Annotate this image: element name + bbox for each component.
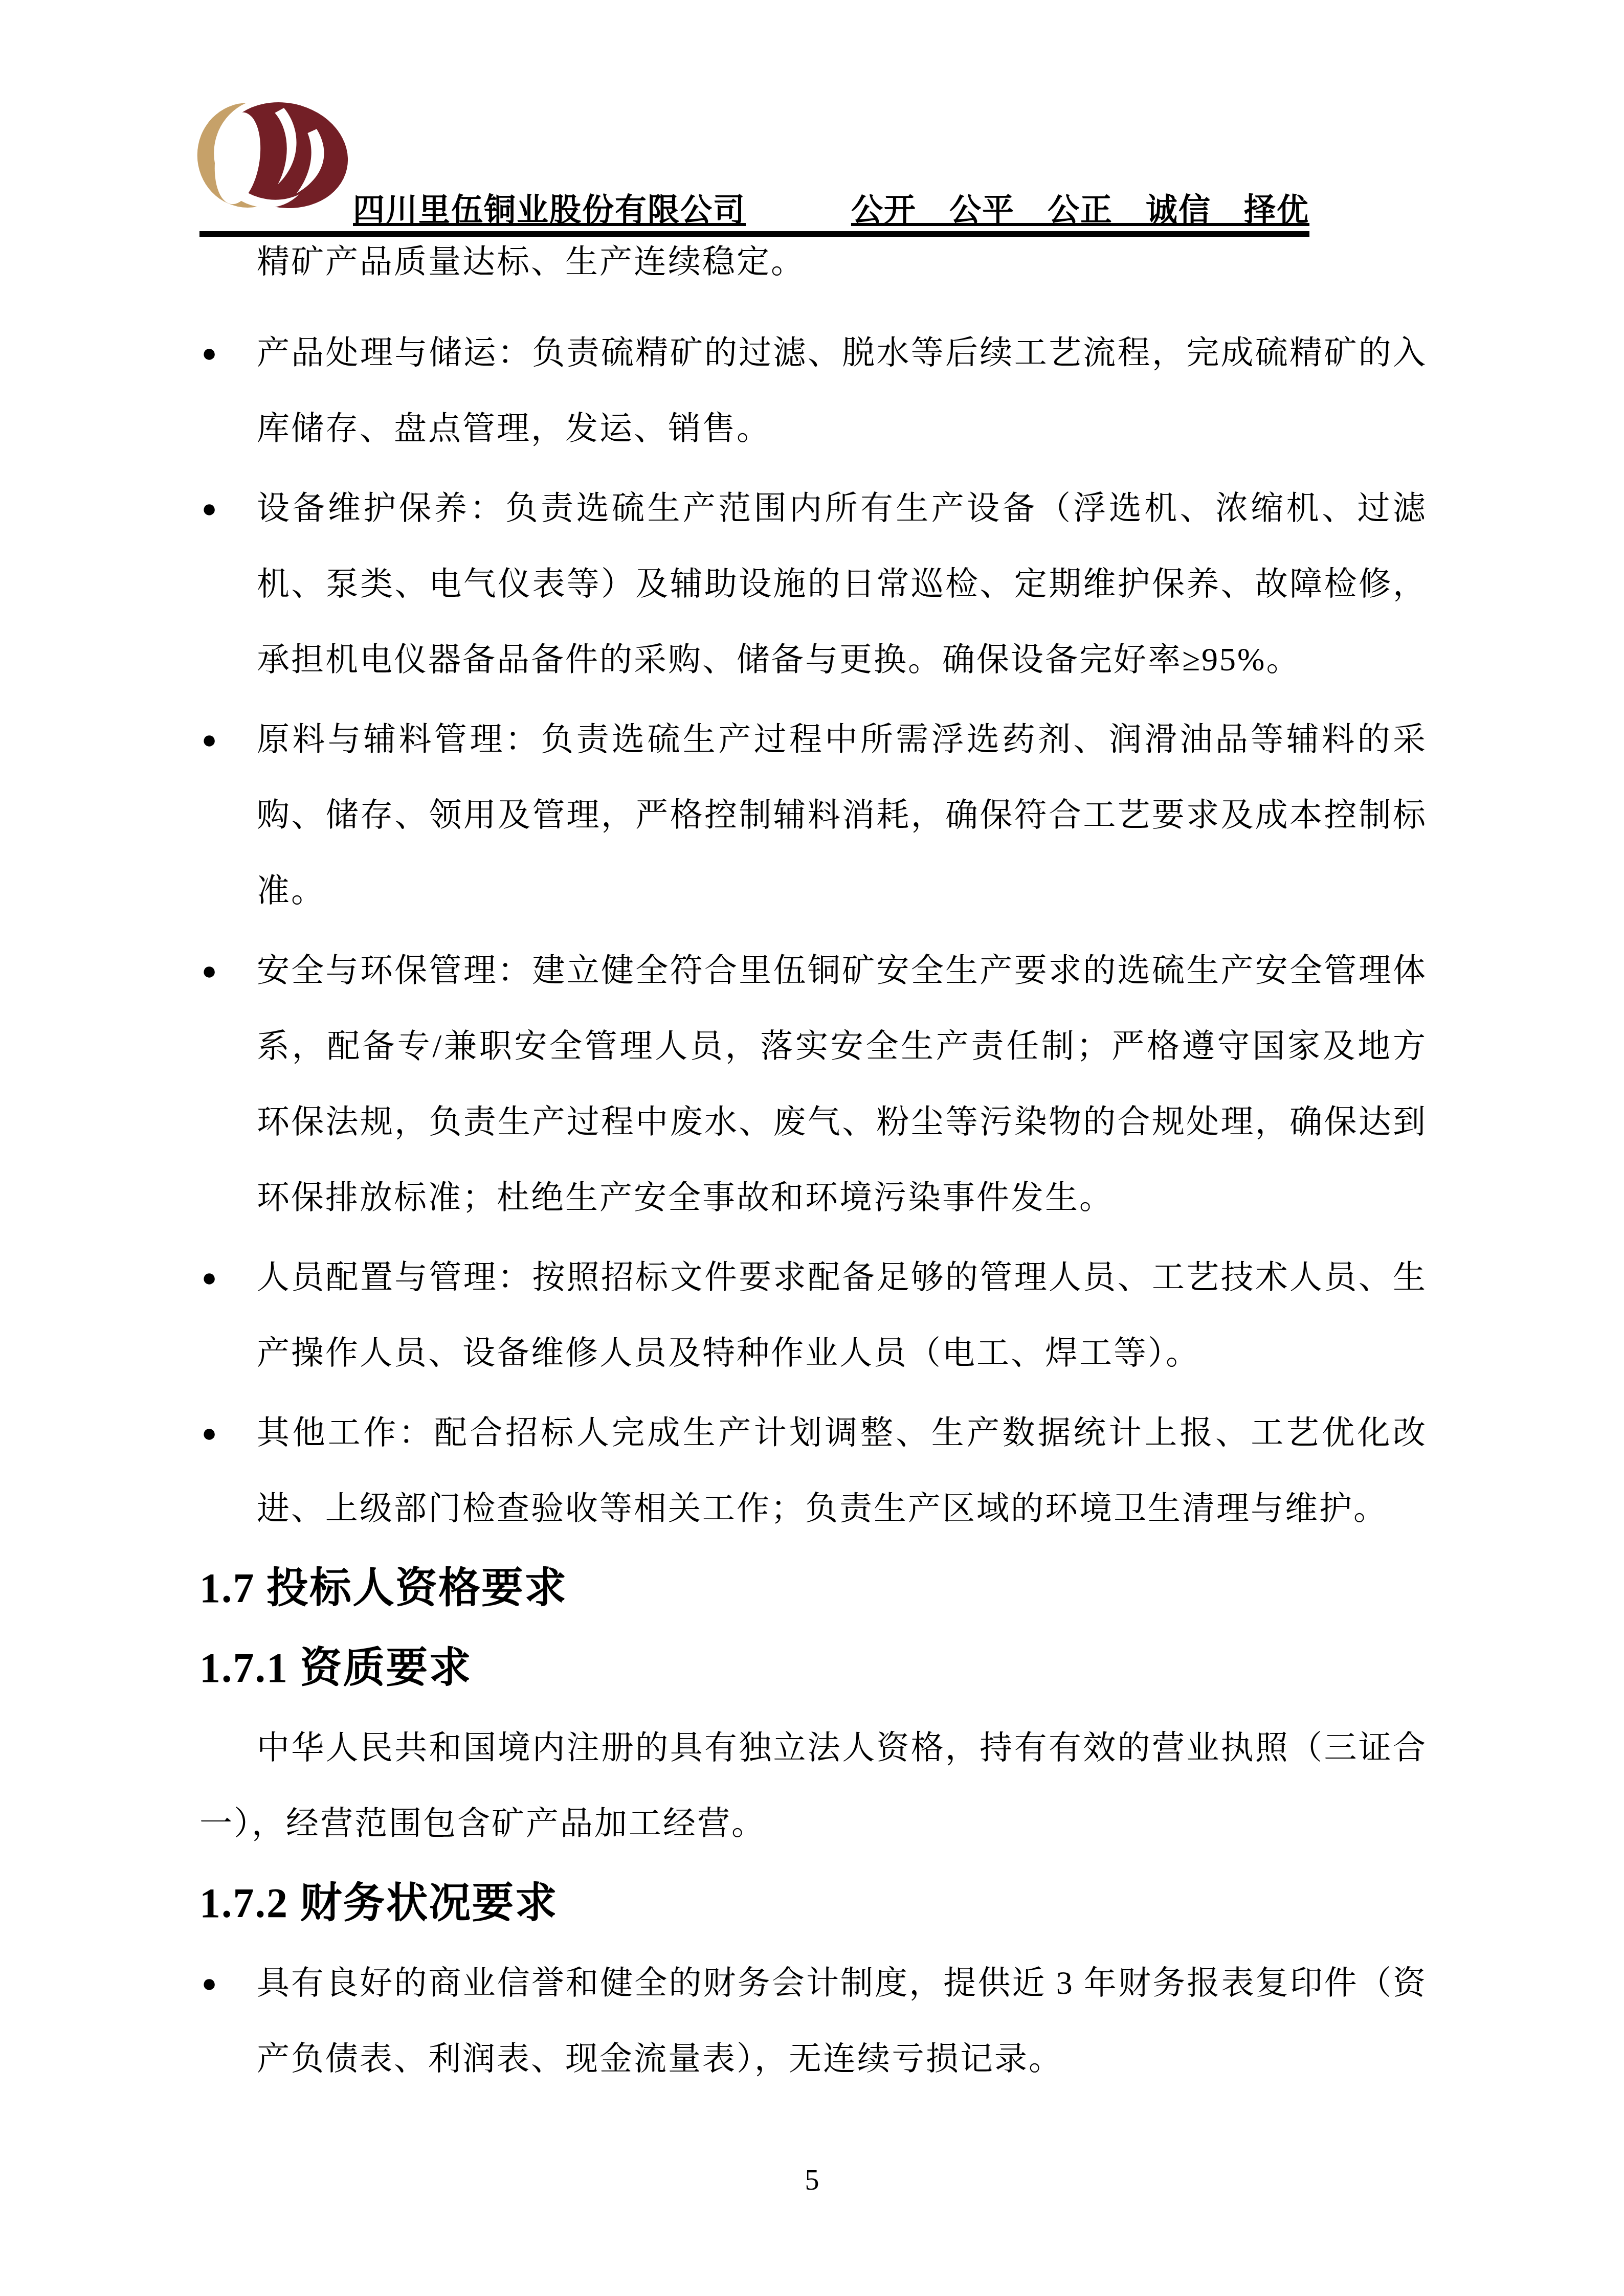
paragraph-qualification: 中华人民共和国境内注册的具有独立法人资格，持有有效的营业执照（三证合一），经营范… bbox=[199, 1710, 1427, 1861]
bullet-item: ● 设备维护保养：负责选硫生产范围内所有生产设备（浮选机、浓缩机、过滤机、泵类、… bbox=[199, 470, 1427, 697]
bullet-icon: ● bbox=[202, 1945, 217, 2021]
bullet-icon: ● bbox=[202, 702, 217, 777]
bullet-icon: ● bbox=[202, 470, 217, 546]
header-text-row: 四川里伍铜业股份有限公司 公开 公平 公正 诚信 择优 bbox=[353, 185, 1309, 230]
bullet-item: ● 其他工作：配合招标人完成生产计划调整、生产数据统计上报、工艺优化改进、上级部… bbox=[199, 1395, 1427, 1546]
bullet-icon: ● bbox=[202, 1240, 217, 1315]
bullet-icon: ● bbox=[202, 315, 217, 391]
bullet-text: 产品处理与储运：负责硫精矿的过滤、脱水等后续工艺流程，完成硫精矿的入库储存、盘点… bbox=[257, 315, 1427, 466]
bullet-text: 具有良好的商业信誉和健全的财务会计制度，提供近 3 年财务报表复印件（资产负债表… bbox=[257, 1945, 1427, 2097]
bullet-icon: ● bbox=[202, 933, 217, 1008]
bullet-item: ● 原料与辅料管理：负责选硫生产过程中所需浮选药剂、润滑油品等辅料的采购、储存、… bbox=[199, 702, 1427, 929]
bullet-text: 其他工作：配合招标人完成生产计划调整、生产数据统计上报、工艺优化改进、上级部门检… bbox=[257, 1395, 1427, 1546]
bullet-item: ● 产品处理与储运：负责硫精矿的过滤、脱水等后续工艺流程，完成硫精矿的入库储存、… bbox=[199, 315, 1427, 466]
heading-1-7-1: 1.7.1 资质要求 bbox=[199, 1630, 1427, 1706]
bullet-item: ● 安全与环保管理：建立健全符合里伍铜矿安全生产要求的选硫生产安全管理体系，配备… bbox=[199, 933, 1427, 1235]
company-name: 四川里伍铜业股份有限公司 bbox=[353, 185, 746, 230]
document-page: 四川里伍铜业股份有限公司 公开 公平 公正 诚信 择优 精矿产品质量达标、生产连… bbox=[0, 0, 1624, 2296]
bullet-text: 设备维护保养：负责选硫生产范围内所有生产设备（浮选机、浓缩机、过滤机、泵类、电气… bbox=[257, 470, 1427, 697]
bullet-text: 安全与环保管理：建立健全符合里伍铜矿安全生产要求的选硫生产安全管理体系，配备专/… bbox=[257, 933, 1427, 1235]
bullet-item: ● 人员配置与管理：按照招标文件要求配备足够的管理人员、工艺技术人员、生产操作人… bbox=[199, 1240, 1427, 1391]
paragraph-continuation: 精矿产品质量达标、生产连续稳定。 bbox=[199, 224, 1427, 300]
header-slogan: 公开 公平 公正 诚信 择优 bbox=[851, 185, 1309, 230]
bullet-item: ● 具有良好的商业信誉和健全的财务会计制度，提供近 3 年财务报表复印件（资产负… bbox=[199, 1945, 1427, 2097]
page-number: 5 bbox=[0, 2164, 1624, 2197]
bullet-text: 原料与辅料管理：负责选硫生产过程中所需浮选药剂、润滑油品等辅料的采购、储存、领用… bbox=[257, 702, 1427, 929]
bullet-text: 人员配置与管理：按照招标文件要求配备足够的管理人员、工艺技术人员、生产操作人员、… bbox=[257, 1240, 1427, 1391]
page-header: 四川里伍铜业股份有限公司 公开 公平 公正 诚信 择优 bbox=[199, 0, 1309, 237]
bullet-icon: ● bbox=[202, 1395, 217, 1471]
document-body: 精矿产品质量达标、生产连续稳定。 ● 产品处理与储运：负责硫精矿的过滤、脱水等后… bbox=[199, 224, 1427, 2101]
heading-1-7: 1.7 投标人资格要求 bbox=[199, 1550, 1427, 1626]
heading-1-7-2: 1.7.2 财务状况要求 bbox=[199, 1865, 1427, 1941]
